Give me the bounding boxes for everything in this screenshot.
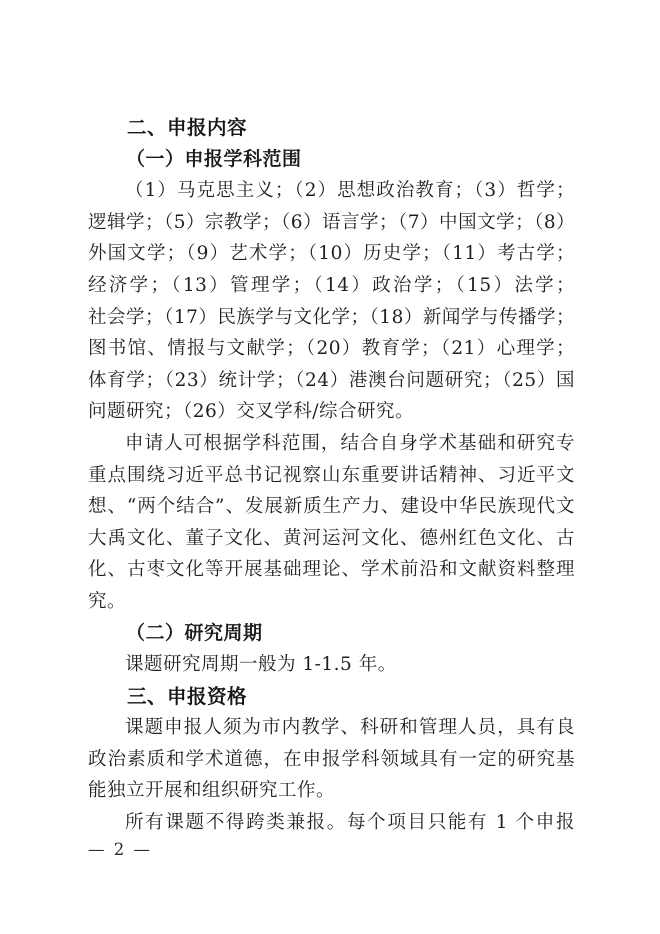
text-line: 课题研究周期一般为 1-1.5 年。	[88, 649, 575, 681]
text-line: 外国文学；（9）艺术学；（10）历史学；（11）考古学；（12）	[88, 238, 575, 270]
text-line: 究。	[88, 586, 575, 618]
text-line: 社会学；（17）民族学与文化学；（18）新闻学与传播学；（19）	[88, 302, 575, 334]
text-line: 图书馆、情报与文献学；（20）教育学；（21）心理学；（22）	[88, 333, 575, 365]
text-line: 重点围绕习近平总书记视察山东重要讲话精神、习近平文化思	[88, 460, 575, 492]
text-line: 课题申报人须为市内教学、科研和管理人员，具有良好的	[88, 712, 575, 744]
heading-line: （二）研究周期	[88, 618, 575, 650]
text-line: 申请人可根据学科范围，结合自身学术基础和研究专长，	[88, 428, 575, 460]
text-line: 体育学；（23）统计学；（24）港澳台问题研究；（25）国际	[88, 365, 575, 397]
text-line: 化、古枣文化等开展基础理论、学术前沿和文献资料整理等研	[88, 554, 575, 586]
text-line: 所有课题不得跨类兼报。每个项目只能有 1 个申报人，每	[88, 807, 575, 839]
text-line: 能独立开展和组织研究工作。	[88, 775, 575, 807]
heading-line: 二、申报内容	[88, 112, 575, 144]
heading-line: （一）申报学科范围	[88, 144, 575, 176]
text-line: 大禹文化、董子文化、黄河运河文化、德州红色文化、古桑文	[88, 523, 575, 555]
document-content: 二、申报内容（一）申报学科范围（1）马克思主义；（2）思想政治教育；（3）哲学；…	[88, 112, 575, 839]
heading-line: 三、申报资格	[88, 681, 575, 713]
page-number: — 2 —	[88, 840, 152, 859]
text-line: 想、“两个结合”、发展新质生产力、建设中华民族现代文明、	[88, 491, 575, 523]
document-page: 二、申报内容（一）申报学科范围（1）马克思主义；（2）思想政治教育；（3）哲学；…	[0, 0, 660, 934]
text-line: 政治素质和学术道德，在申报学科领域具有一定的研究基础，	[88, 744, 575, 776]
text-line: （1）马克思主义；（2）思想政治教育；（3）哲学；（4）	[88, 175, 575, 207]
text-line: 问题研究；（26）交叉学科/综合研究。	[88, 396, 575, 428]
text-line: 逻辑学；（5）宗教学；（6）语言学；（7）中国文学；（8）	[88, 207, 575, 239]
text-line: 经济学；（13）管理学；（14）政治学；（15）法学；（16）	[88, 270, 575, 302]
